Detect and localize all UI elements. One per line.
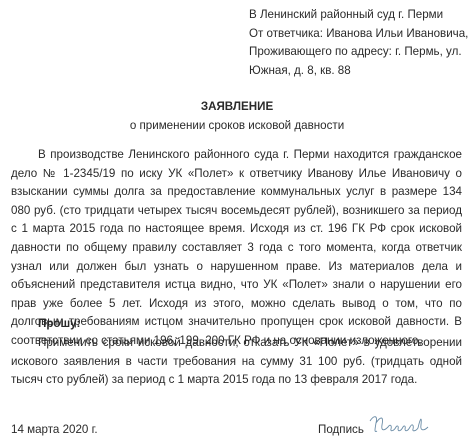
request-heading: Прошу: bbox=[38, 317, 80, 330]
addressee-block: В Ленинский районный суд г. Перми От отв… bbox=[249, 6, 468, 80]
document-title: ЗАЯВЛЕНИЕ bbox=[0, 100, 474, 113]
document-subtitle: о применении сроков исковой давности bbox=[0, 119, 474, 132]
request-paragraph: Применить сроки исковой давности, отказа… bbox=[11, 334, 462, 390]
signature-label: Подпись bbox=[318, 423, 364, 436]
addressee-residence: Проживающего по адресу: г. Пермь, ул. bbox=[249, 43, 468, 62]
request-block: Применить сроки исковой давности, отказа… bbox=[11, 334, 462, 390]
document-date: 14 марта 2020 г. bbox=[11, 423, 98, 436]
addressee-address: Южная, д. 8, кв. 88 bbox=[249, 62, 468, 81]
addressee-court: В Ленинский районный суд г. Перми bbox=[249, 6, 468, 25]
addressee-from: От ответчика: Иванова Ильи Ивановича, bbox=[249, 25, 468, 44]
signature-image bbox=[366, 411, 432, 437]
